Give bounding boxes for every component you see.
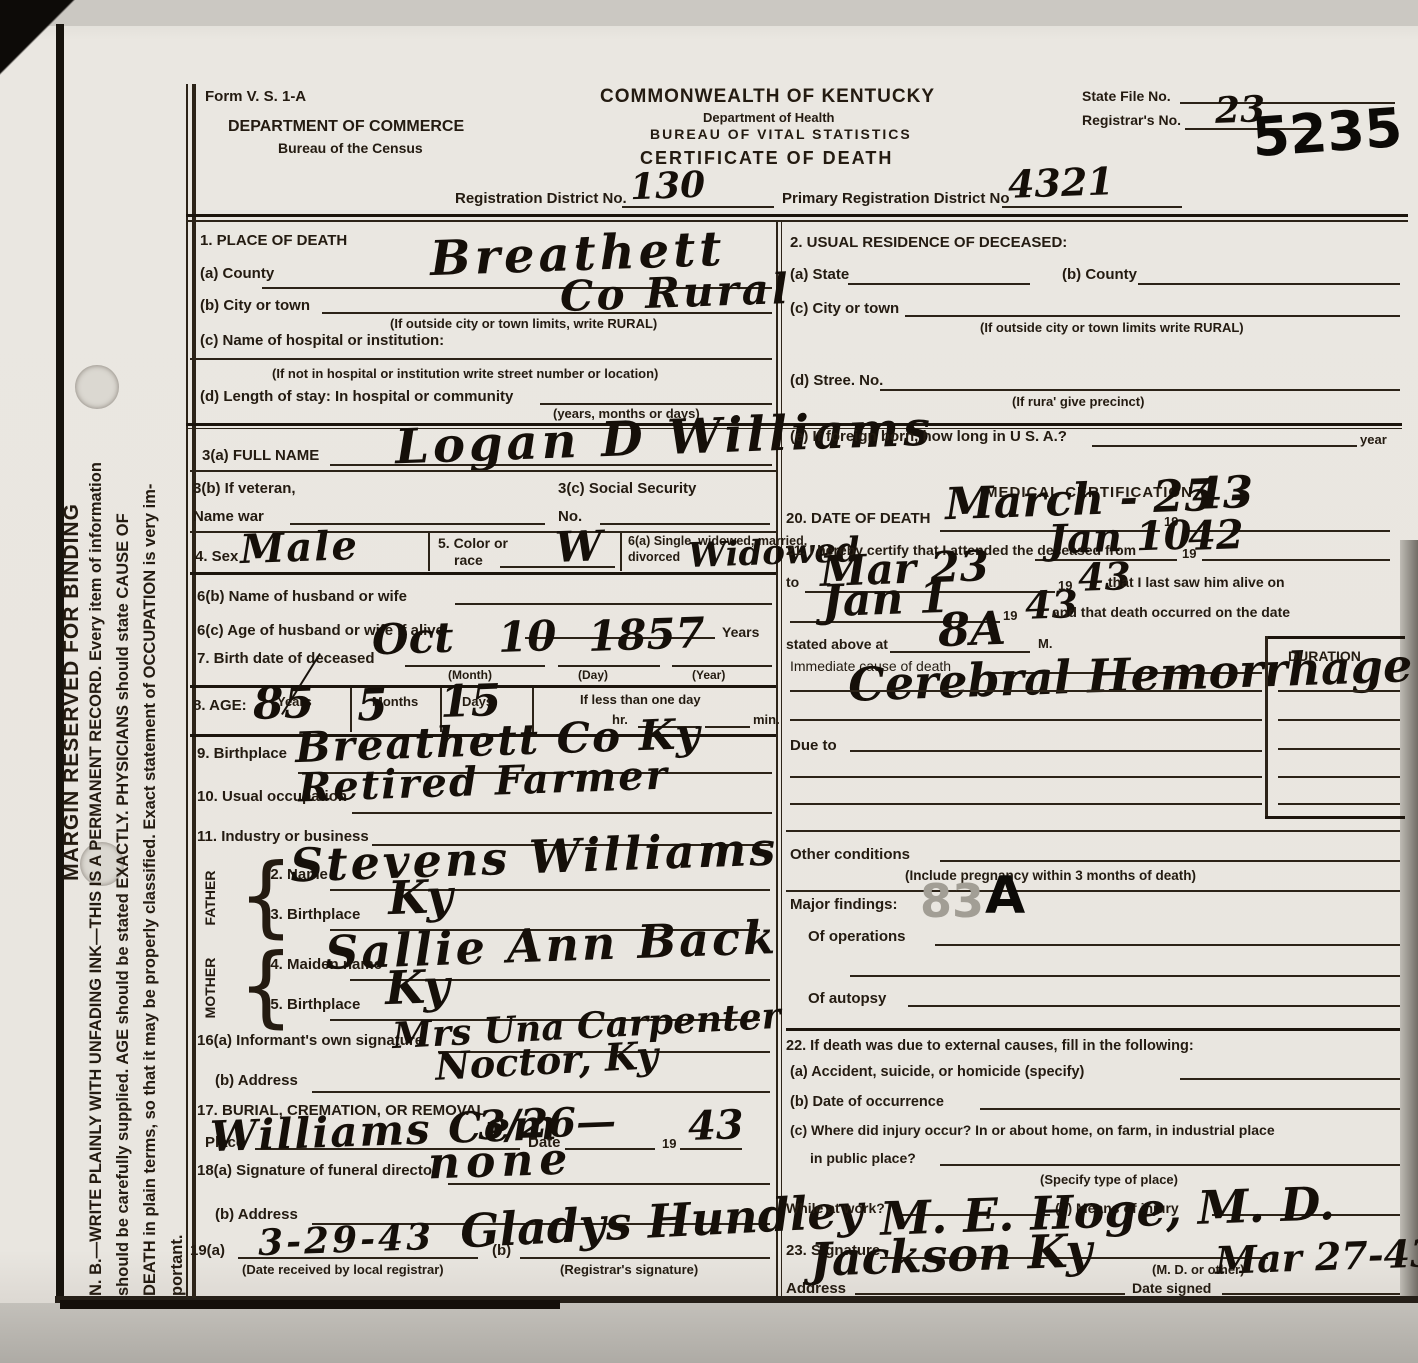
date-signed-value: Mar 27-43 <box>1214 1234 1418 1280</box>
stay-label: (d) Length of stay: In hospital or commu… <box>200 388 513 405</box>
husband-line <box>455 603 772 605</box>
foreign-born-label: (e) If foreign born, how long in U S. A.… <box>790 428 1067 445</box>
duration-line-2 <box>1278 719 1400 721</box>
registrar-no-label: Registrar's No. <box>1082 112 1181 128</box>
margin-note-line2: should be carefully supplied. AGE should… <box>110 106 137 1296</box>
sex-value: Male <box>239 526 359 570</box>
department-title: DEPARTMENT OF COMMERCE <box>228 118 464 136</box>
attended-from-year-value: 42 <box>1187 515 1244 557</box>
commonwealth-title: COMMONWEALTH OF KENTUCKY <box>600 86 935 108</box>
mother-bp-value: Ky <box>384 963 450 1011</box>
sex-label: 4. Sex <box>195 548 238 565</box>
external-causes-label: 22. If death was due to external causes,… <box>786 1038 1194 1054</box>
primary-district-label: Primary Registration District No <box>782 190 1010 207</box>
res-street-note: (If rura' give precinct) <box>1012 394 1144 409</box>
full-name-label: 3(a) FULL NAME <box>202 447 319 464</box>
due-to-line <box>850 750 1262 752</box>
occurrence-line <box>980 1108 1400 1110</box>
occurrence-label: (b) Date of occurrence <box>790 1094 944 1110</box>
birth-month-line <box>405 665 545 667</box>
birth-day-value: 10 <box>497 615 557 659</box>
margin-binding-text: MARGIN RESERVED FOR BINDING <box>60 392 84 992</box>
funeral-value: none <box>427 1137 574 1186</box>
stated-label: stated above at <box>786 636 888 652</box>
date-signed-label: Date signed <box>1132 1280 1211 1296</box>
column-divider-2 <box>781 220 782 1296</box>
major-findings-label: Major findings: <box>790 896 898 913</box>
duration-line-5 <box>1278 803 1400 805</box>
color-marital-divider <box>620 533 622 571</box>
operations-stamp: A <box>985 870 1025 922</box>
death-occurred-label: and that death occurred on the date <box>1052 604 1290 620</box>
row-rule-below-fullname <box>190 470 776 472</box>
date-signed-line <box>1222 1293 1400 1295</box>
duration-line-1 <box>1278 690 1400 692</box>
of-autopsy-label: Of autopsy <box>808 990 886 1007</box>
duration-label: DURATION <box>1288 648 1361 664</box>
res-city-note: (If outside city or town limits write RU… <box>980 320 1244 335</box>
birth-month-value: Oct <box>371 617 454 662</box>
duration-line-3 <box>1278 748 1400 750</box>
res-city-label: (c) City or town <box>790 300 899 317</box>
occupation-line <box>352 812 772 814</box>
vital-statistics: BUREAU OF VITAL STATISTICS <box>650 126 912 142</box>
to-label: to <box>786 574 799 590</box>
burial-year-value: 43 <box>687 1105 744 1147</box>
registrar-sig-line <box>520 1257 770 1259</box>
birthdate-label: 7. Birth date of deceased <box>197 650 375 667</box>
reg-row-label: 19(a) <box>190 1242 225 1259</box>
registrar-sig-note: (Registrar's signature) <box>560 1262 698 1277</box>
of-autopsy-line <box>908 1005 1400 1007</box>
res-state-line <box>848 283 1030 285</box>
other-conditions-line <box>940 860 1400 862</box>
operations-line-2 <box>850 975 1400 977</box>
min-label: min. <box>753 712 780 727</box>
death-certificate-scan: MARGIN RESERVED FOR BINDING N. B.—WRITE … <box>0 0 1418 1363</box>
header-rule-2 <box>186 220 1408 222</box>
ssn-label: 3(c) Social Security <box>558 480 696 497</box>
file-number-stamp: 5235 <box>1250 101 1404 165</box>
form-left-border-outer <box>186 84 188 1298</box>
veteran-label: 3(b) If veteran, <box>193 480 296 497</box>
scan-bottom-smudge <box>60 1300 560 1309</box>
physician-addr-line <box>855 1293 1125 1295</box>
city-label: (b) City or town <box>200 297 310 314</box>
header-rule-1 <box>186 214 1408 217</box>
public-place-label: in public place? <box>810 1150 916 1166</box>
scan-top-strip <box>0 0 1418 26</box>
other-rule-top <box>786 830 1400 832</box>
marital-label-2: divorced <box>628 550 680 564</box>
color-label-2: race <box>454 552 483 568</box>
dept-health: Department of Health <box>703 110 834 125</box>
where-injury-label: (c) Where did injury occur? In or about … <box>790 1122 1275 1138</box>
res-state-label: (a) State <box>790 266 849 283</box>
res-street-label: (d) Stree. No. <box>790 372 883 389</box>
foreign-year-suffix: year <box>1360 432 1387 447</box>
column-divider-1 <box>776 220 778 1296</box>
margin-note-line3: DEATH in plain terms, so that it may be … <box>137 106 164 1296</box>
duration-box-top <box>1265 636 1405 639</box>
dod-year-value: 43 <box>1191 471 1254 517</box>
primary-district-value: 4321 <box>1007 162 1114 204</box>
less-day-label: If less than one day <box>580 692 701 707</box>
city-note: (If outside city or town limits, write R… <box>390 316 657 331</box>
due-to-line-3 <box>790 803 1262 805</box>
birth-year-line <box>672 665 772 667</box>
mother-bp-label: 15. Birthplace <box>262 996 360 1013</box>
lastsaw-value: Jan 1 <box>821 576 950 624</box>
birth-year-value: 1857 <box>587 612 705 658</box>
year-note: (Year) <box>692 668 725 682</box>
hospital-line <box>190 358 772 360</box>
stay-line <box>540 403 772 405</box>
burial-19-label: 19 <box>662 1136 676 1151</box>
funeral-label: 18(a) Signature of funeral director <box>197 1162 438 1179</box>
day-note: (Day) <box>578 668 608 682</box>
res-city-line <box>905 315 1400 317</box>
reg-district-value: 130 <box>629 167 705 206</box>
accident-label: (a) Accident, suicide, or homicide (spec… <box>790 1064 1084 1080</box>
res-county-line <box>1138 283 1400 285</box>
form-left-border-inner <box>192 84 196 1298</box>
sex-color-divider <box>428 533 430 571</box>
primary-district-line <box>1002 206 1182 208</box>
father-section-label: FATHER <box>202 856 218 940</box>
residence-heading: 2. USUAL RESIDENCE OF DECEASED: <box>790 234 1067 251</box>
years-suffix: Years <box>722 624 759 640</box>
min-line <box>705 726 750 728</box>
duration-box-bottom <box>1265 816 1405 819</box>
place-of-death-heading: 1. PLACE OF DEATH <box>200 232 347 249</box>
reg-date-note: (Date received by local registrar) <box>242 1262 444 1277</box>
age-label: 8. AGE: <box>193 697 247 714</box>
father-bp-label: 13. Birthplace <box>262 906 360 923</box>
foreign-born-line <box>1092 445 1357 447</box>
stated-m-label: M. <box>1038 636 1052 651</box>
informant-addr-value: Noctor, Ky <box>434 1036 659 1086</box>
husband-label: 6(b) Name of husband or wife <box>197 588 407 605</box>
county-label: (a) County <box>200 265 274 282</box>
physician-addr-value: Jackson Ky <box>809 1227 1093 1283</box>
mother-section-label: MOTHER <box>202 946 218 1030</box>
due-to-label: Due to <box>790 737 837 754</box>
father-bp-value: Ky <box>387 873 453 921</box>
informant-label: 16(a) Informant's own signature <box>197 1032 423 1049</box>
margin-note-line1: N. B.—WRITE PLAINLY WITH UNFADING INK—TH… <box>83 106 110 1296</box>
external-rule <box>786 1028 1400 1031</box>
father-name-value: Stevens Williams <box>289 825 779 888</box>
reg-date-value: 3-29-43 <box>257 1219 434 1261</box>
operations-faint-stamp: 83 <box>920 878 984 924</box>
due-to-line-2 <box>790 776 1262 778</box>
birth-day-line <box>558 665 660 667</box>
ssn-line <box>600 523 770 525</box>
color-value: W <box>554 525 603 569</box>
other-conditions-label: Other conditions <box>790 846 910 863</box>
res-county-label: (b) County <box>1062 266 1137 283</box>
bureau-title: Bureau of the Census <box>278 140 423 156</box>
accident-line <box>1180 1078 1400 1080</box>
while-at-work-label: While at work? <box>786 1200 885 1216</box>
attended-year-line <box>1202 559 1390 561</box>
dod-label: 20. DATE OF DEATH <box>786 510 930 527</box>
cause-line-3 <box>790 719 1262 721</box>
major-rule <box>786 890 1400 892</box>
last-saw-label: that I last saw him alive on <box>1108 574 1285 590</box>
state-file-label: State File No. <box>1082 88 1171 104</box>
row-rule-below-sex <box>190 572 776 575</box>
reg-district-label: Registration District No. <box>455 190 627 207</box>
of-operations-label: Of operations <box>808 928 906 945</box>
informant-addr-label: (b) Address <box>215 1072 298 1089</box>
of-operations-line <box>935 944 1400 946</box>
color-label-1: 5. Color or <box>438 535 508 551</box>
hospital-note: (If not in hospital or institution write… <box>272 366 658 381</box>
scan-bottom-strip <box>0 1303 1418 1363</box>
cause-line-2 <box>790 690 1262 692</box>
public-place-line <box>940 1164 1400 1166</box>
informant-addr-line <box>312 1091 770 1093</box>
age-years-value: 85 <box>252 681 315 727</box>
burial-date-line <box>565 1148 655 1150</box>
duration-box-left <box>1265 636 1268 818</box>
occupation-value: Retired Farmer <box>297 756 669 809</box>
stated-time-value: 8A <box>937 605 1006 653</box>
city-value: Co Rural <box>559 268 791 318</box>
res-street-line <box>880 389 1400 391</box>
margin-note-text: N. B.—WRITE PLAINLY WITH UNFADING INK—TH… <box>83 106 193 1296</box>
duration-line-4 <box>1278 776 1400 778</box>
hospital-label: (c) Name of hospital or institution: <box>200 332 444 349</box>
birthplace-label: 9. Birthplace <box>197 745 287 762</box>
form-number: Form V. S. 1-A <box>205 88 306 105</box>
veteran-name-label: Name war <box>193 508 264 525</box>
